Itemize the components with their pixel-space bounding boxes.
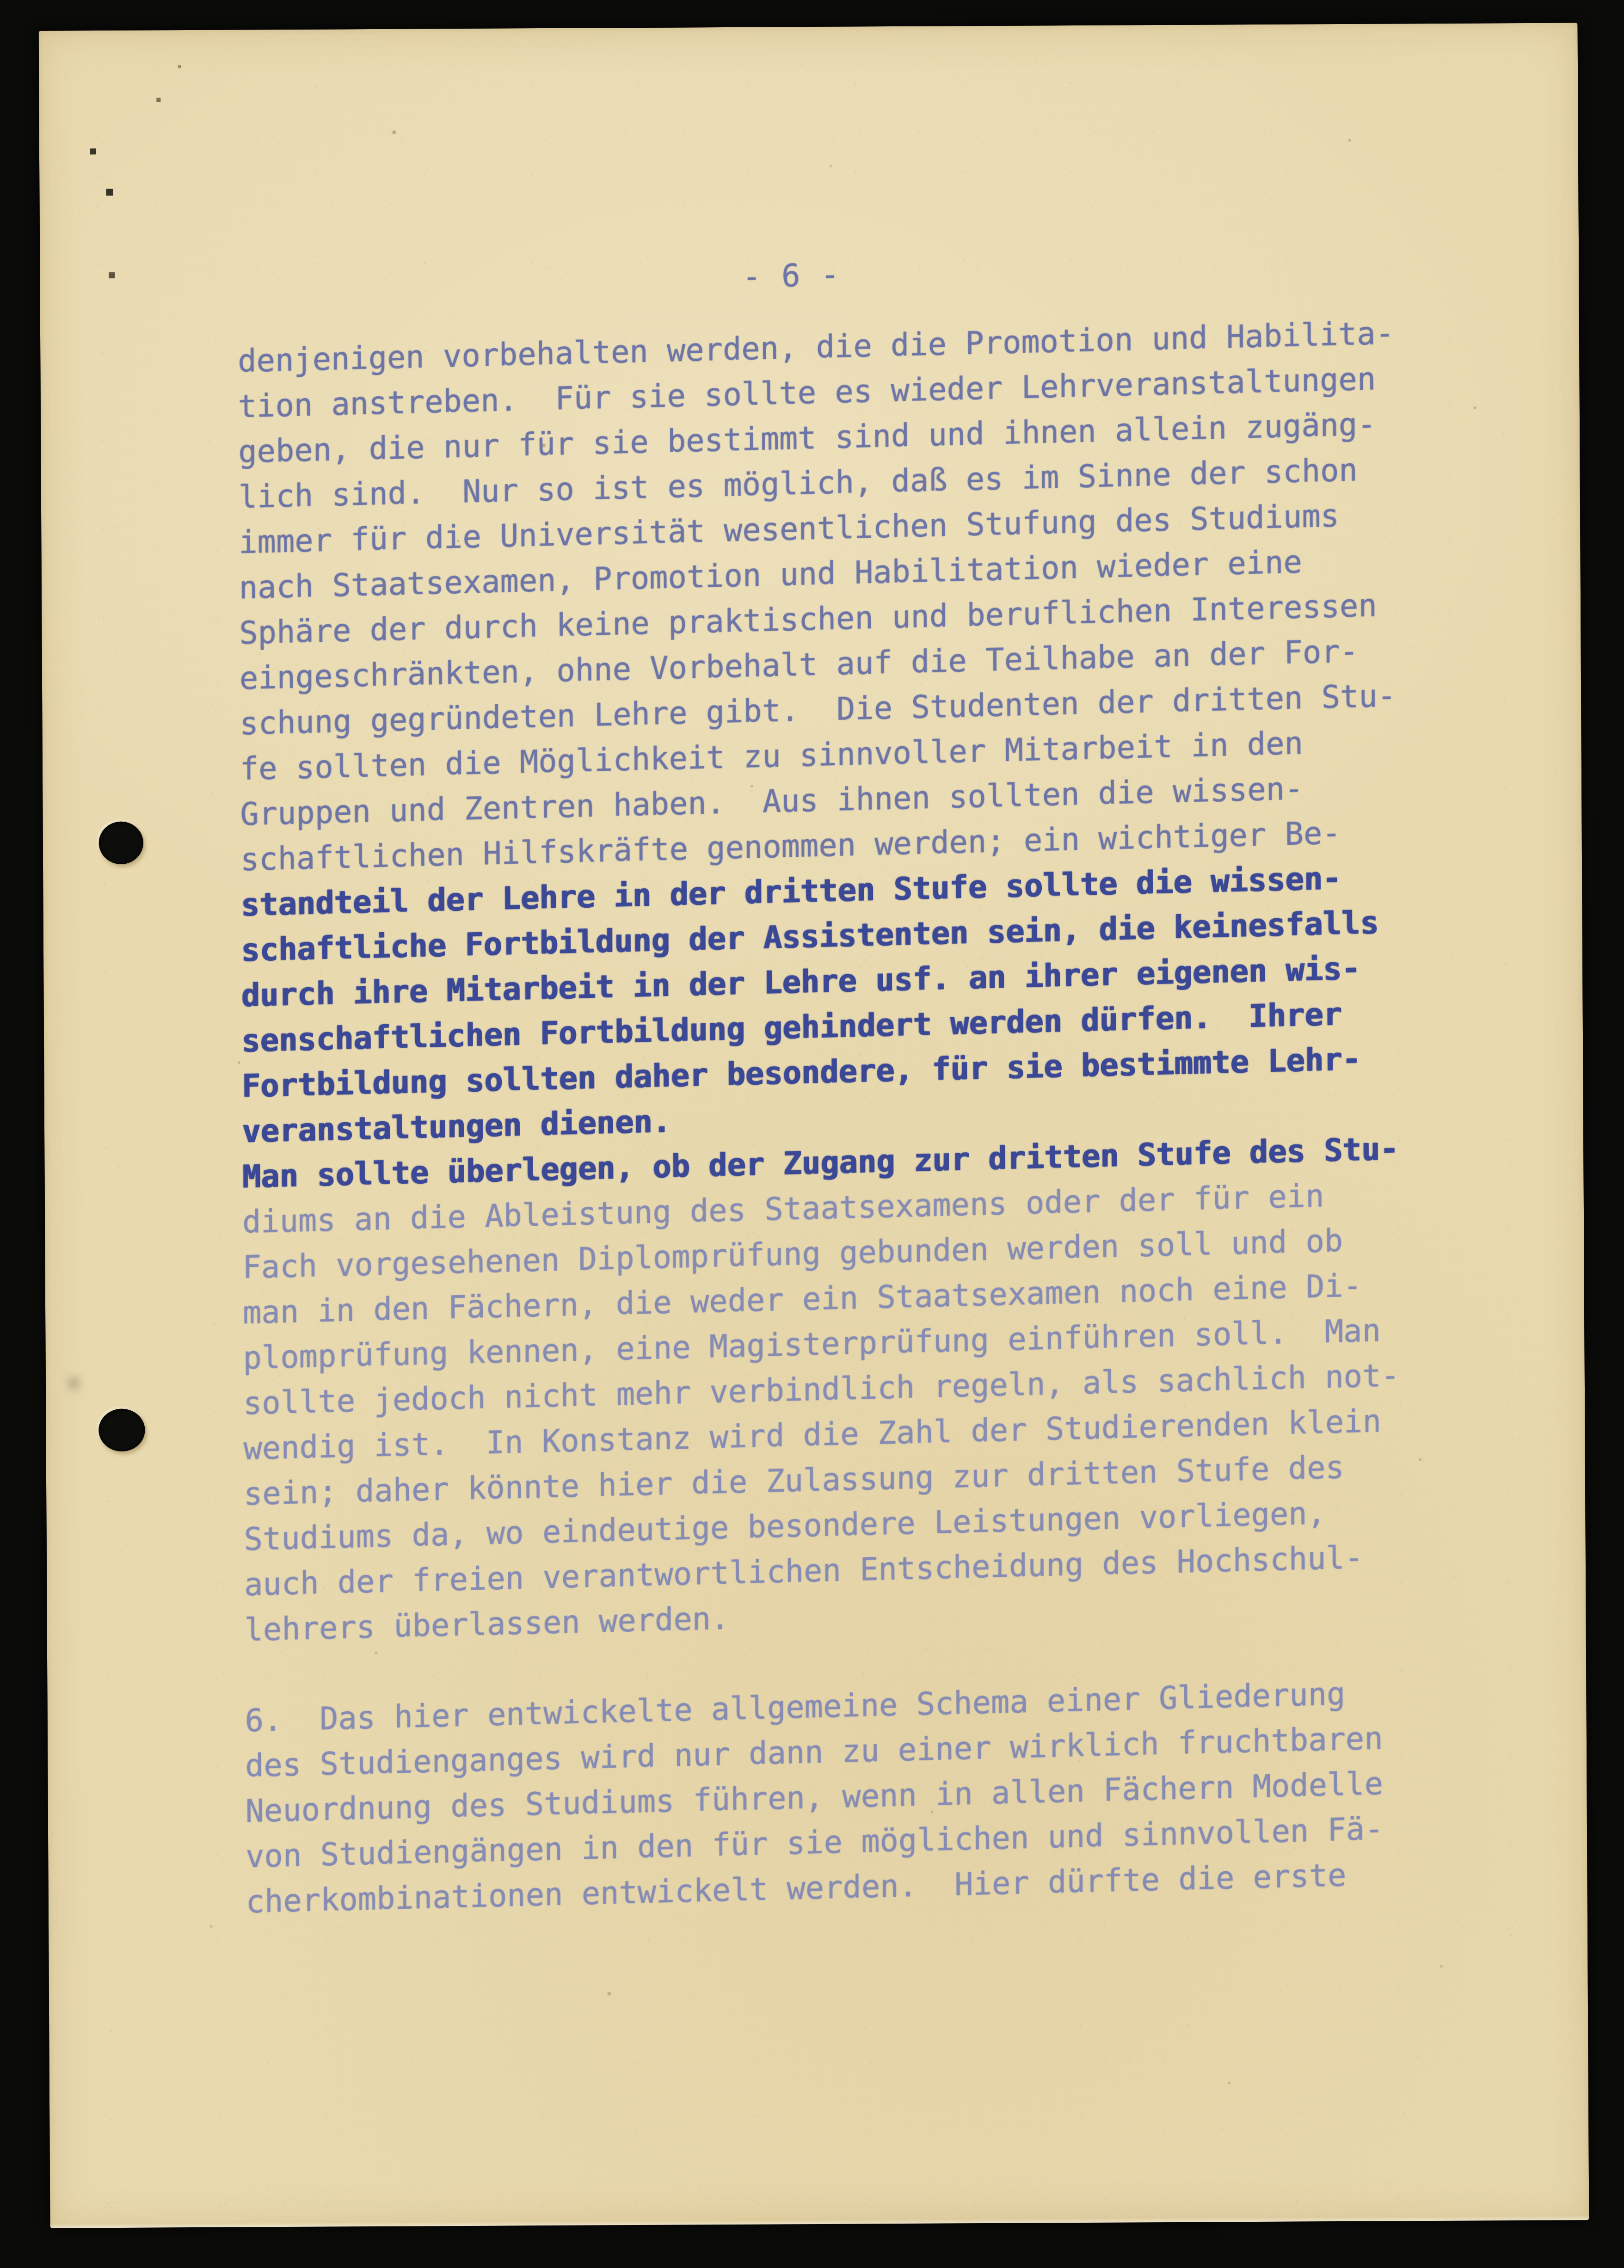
punch-hole bbox=[99, 822, 143, 865]
document-page: - 6 - denjenigen vorbehalten werden, die… bbox=[39, 23, 1589, 2228]
punch-hole bbox=[98, 1409, 145, 1452]
typed-text-block: - 6 - denjenigen vorbehalten werden, die… bbox=[237, 232, 1448, 1924]
scan-background: - 6 - denjenigen vorbehalten werden, die… bbox=[0, 0, 1624, 2268]
typed-lines: denjenigen vorbehalten werden, die die P… bbox=[238, 309, 1448, 1924]
paper-specks bbox=[39, 31, 39, 31]
